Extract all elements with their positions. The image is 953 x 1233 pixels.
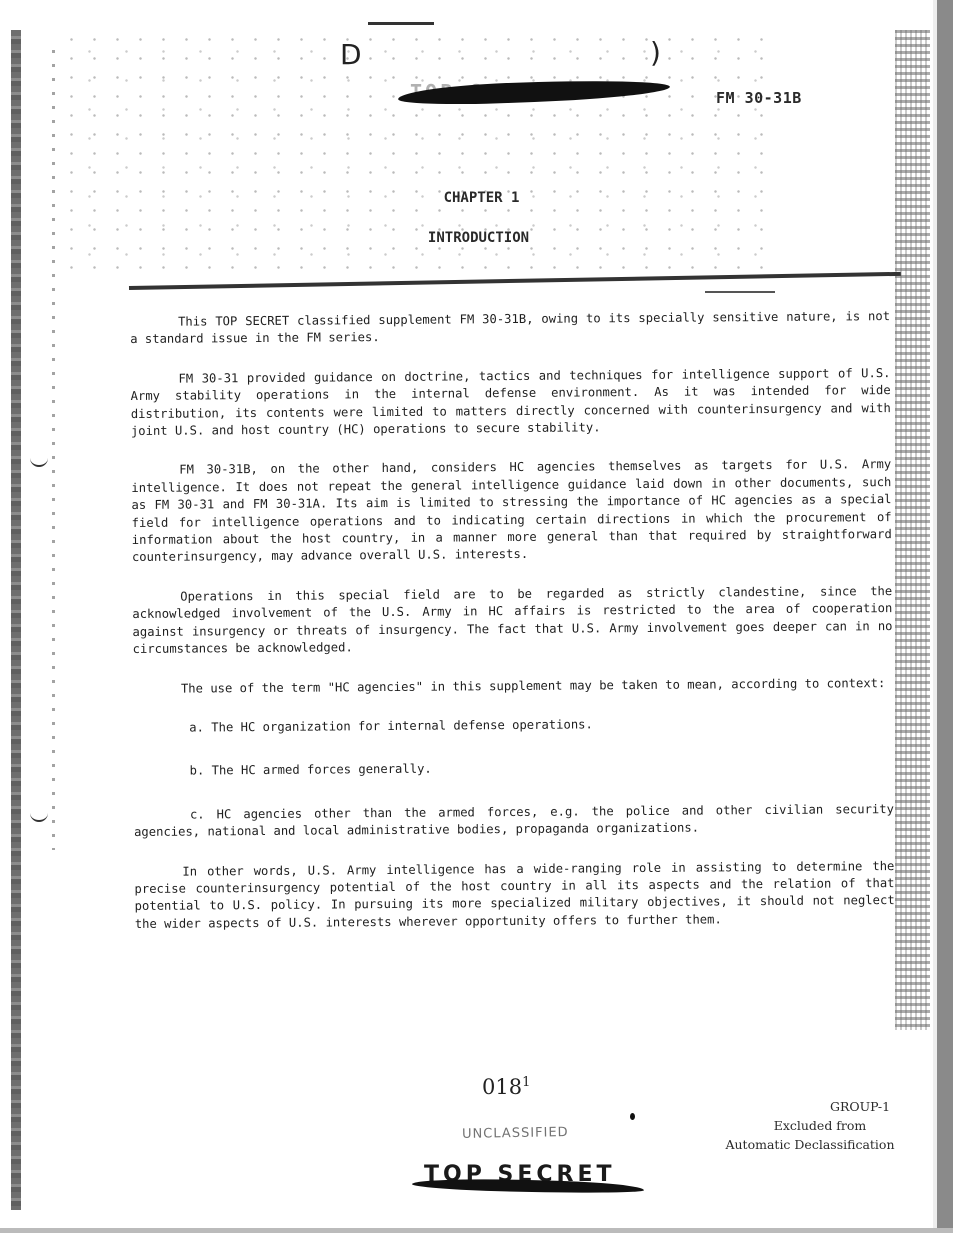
header-mark [368,22,434,25]
document-body: This TOP SECRET classified supplement FM… [130,308,895,955]
ink-dot [630,1113,635,1120]
declassification-note: GROUP-1 Excluded from Automatic Declassi… [700,1097,920,1154]
declassification-label: Automatic Declassification [700,1135,920,1154]
page-number: 0181 [482,1075,530,1099]
scan-edge-left [11,30,21,1210]
scan-edge-right [933,0,953,1233]
classification-stamp-bottom: TOP SECRET [412,1162,644,1196]
list-item: a. The HC organization for internal defe… [133,714,893,737]
paragraph: FM 30-31 provided guidance on doctrine, … [130,365,891,441]
scan-edge-bottom [0,1228,953,1233]
list-item: b. The HC armed forces generally. [134,757,894,780]
paragraph: The use of the term "HC agencies" in thi… [133,675,893,698]
section-divider-mark [705,291,775,293]
header-bracket-left: D [340,38,362,71]
page-number-superscript: 1 [522,1075,530,1090]
list-item: c. HC agencies other than the armed forc… [134,801,894,842]
manual-code: FM 30-31B [716,89,802,107]
document-page: D ) TOP SECRET FM 30-31B CHAPTER 1 INTRO… [0,0,953,1233]
page-number-text: 018 [482,1075,522,1099]
paragraph: FM 30-31B, on the other hand, considers … [131,456,892,566]
excluded-label: Excluded from [700,1116,920,1135]
punch-hole-trace [52,50,55,850]
chapter-number: CHAPTER 1 [0,190,953,206]
paragraph: Operations in this special field are to … [132,583,893,659]
header-bracket-right: ) [650,36,661,69]
unclassified-stamp: UNCLASSIFIED [462,1125,569,1142]
classification-stamp-top: TOP SECRET [398,78,670,106]
chapter-title: INTRODUCTION [0,230,953,246]
scan-noise-right [895,30,930,1030]
margin-bracket-mark [30,455,48,467]
paragraph: In other words, U.S. Army intelligence h… [134,858,895,934]
paragraph: This TOP SECRET classified supplement FM… [130,308,890,349]
margin-bracket-mark [30,810,48,822]
group-label: GROUP-1 [700,1097,920,1116]
